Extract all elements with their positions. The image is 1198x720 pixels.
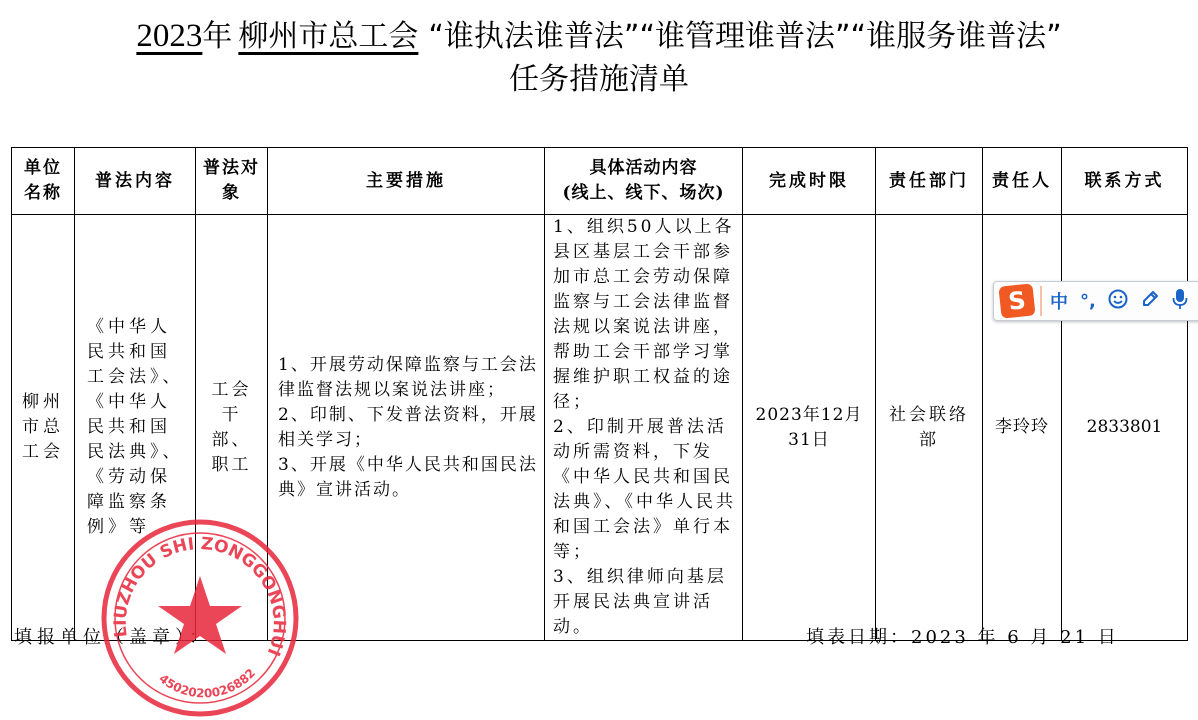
cell-contact: 2833801 (1062, 215, 1188, 641)
document-title-line1: 2023年柳州市总工会“谁执法谁普法”“谁管理谁普法”“谁服务谁普法” (0, 14, 1198, 59)
footer-unit-label: 填报单位（盖章）： (14, 623, 212, 649)
table-row: 柳州市总工会 《中华人民共和国工会法》、《中华人民共和国民法典》、《劳动保障监察… (12, 215, 1188, 641)
cell-unit: 柳州市总工会 (12, 215, 75, 641)
title-year: 2023 (136, 18, 202, 54)
svg-text:4502020026882: 4502020026882 (156, 666, 258, 701)
task-table: 单位名称 普法内容 普法对象 主要措施 具体活动内容(线上、线下、场次) 完成时… (11, 147, 1188, 641)
ime-divider (1040, 286, 1042, 316)
smiley-icon[interactable] (1108, 289, 1128, 314)
cell-department: 社会联络部 (876, 215, 983, 641)
skin-pen-icon[interactable] (1140, 289, 1160, 314)
microphone-icon[interactable] (1172, 288, 1188, 315)
footer-date-label: 填表日期：2023 年 6 月 21 日 (806, 623, 1119, 649)
title-organization: 柳州市总工会 (232, 19, 428, 54)
ime-mode-button[interactable]: 中 (1050, 288, 1068, 314)
ime-logo-icon[interactable]: S (998, 283, 1035, 318)
cell-measures: 1、开展劳动保障监察与工会法律监督法规以案说法讲座； 2、印制、下发普法资料，开… (268, 215, 545, 641)
title-slogan: “谁执法谁普法”“谁管理谁普法”“谁服务谁普法” (428, 19, 1061, 54)
header-contact: 联系方式 (1062, 148, 1188, 215)
header-deadline: 完成时限 (743, 148, 876, 215)
cell-deadline: 2023年12月31日 (743, 215, 876, 641)
header-department: 责任部门 (876, 148, 983, 215)
cell-content: 《中华人民共和国工会法》、《中华人民共和国民法典》、《劳动保障监察条例》等 (75, 215, 196, 641)
cell-person: 李玲玲 (983, 215, 1062, 641)
header-person: 责任人 (983, 148, 1062, 215)
title-year-suffix: 年 (202, 19, 232, 54)
cell-activities: 1、组织50人以上各县区基层工会干部参加市总工会劳动保障监察与工会法律监督法规以… (545, 215, 743, 641)
header-activities: 具体活动内容(线上、线下、场次) (545, 148, 743, 215)
cell-target: 工会干部、职工 (196, 215, 268, 641)
ime-toolbar[interactable]: S 中 °, (993, 281, 1198, 321)
header-content: 普法内容 (75, 148, 196, 215)
ime-punctuation-button[interactable]: °, (1080, 291, 1096, 312)
header-target: 普法对象 (196, 148, 268, 215)
table-header-row: 单位名称 普法内容 普法对象 主要措施 具体活动内容(线上、线下、场次) 完成时… (12, 148, 1188, 215)
header-measures: 主要措施 (268, 148, 545, 215)
document-title-line2: 任务措施清单 (0, 58, 1198, 102)
header-unit-name: 单位名称 (12, 148, 75, 215)
